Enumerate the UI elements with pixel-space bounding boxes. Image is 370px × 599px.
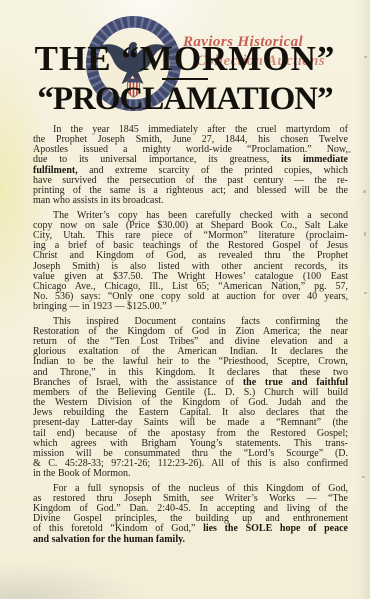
title-block: THE “MORMON” “PROCLAMATION” — [0, 0, 370, 116]
scan-artifact — [364, 232, 366, 236]
page-title-line2: “PROCLAMATION” — [0, 82, 370, 116]
paragraph: The Writer’s copy has been carefully che… — [33, 211, 348, 313]
scan-artifact — [363, 190, 366, 193]
pamphlet-page: Raviors Historical Collection Auctions T… — [0, 0, 370, 599]
text-line: bringing — in 1923 — $125.00.” — [33, 302, 348, 312]
paragraph: In the year 1845 immediately after the c… — [33, 125, 348, 206]
text-line: in the Book of Mormon. — [33, 469, 348, 479]
text-line: man who assists in its broadcast. — [33, 196, 348, 206]
paragraph: This inspired Document contains facts co… — [33, 317, 348, 480]
scan-artifact — [364, 292, 367, 294]
scan-artifact — [364, 56, 367, 58]
text-line: and salvation for the human family. — [33, 535, 348, 545]
scan-artifact — [362, 476, 365, 478]
page-title-line1: THE “MORMON” — [0, 42, 370, 75]
title-divider — [162, 78, 208, 80]
scan-artifact — [346, 151, 351, 153]
body-text: In the year 1845 immediately after the c… — [33, 125, 348, 545]
paragraph: For a full synopsis of the nucleus of th… — [33, 484, 348, 545]
